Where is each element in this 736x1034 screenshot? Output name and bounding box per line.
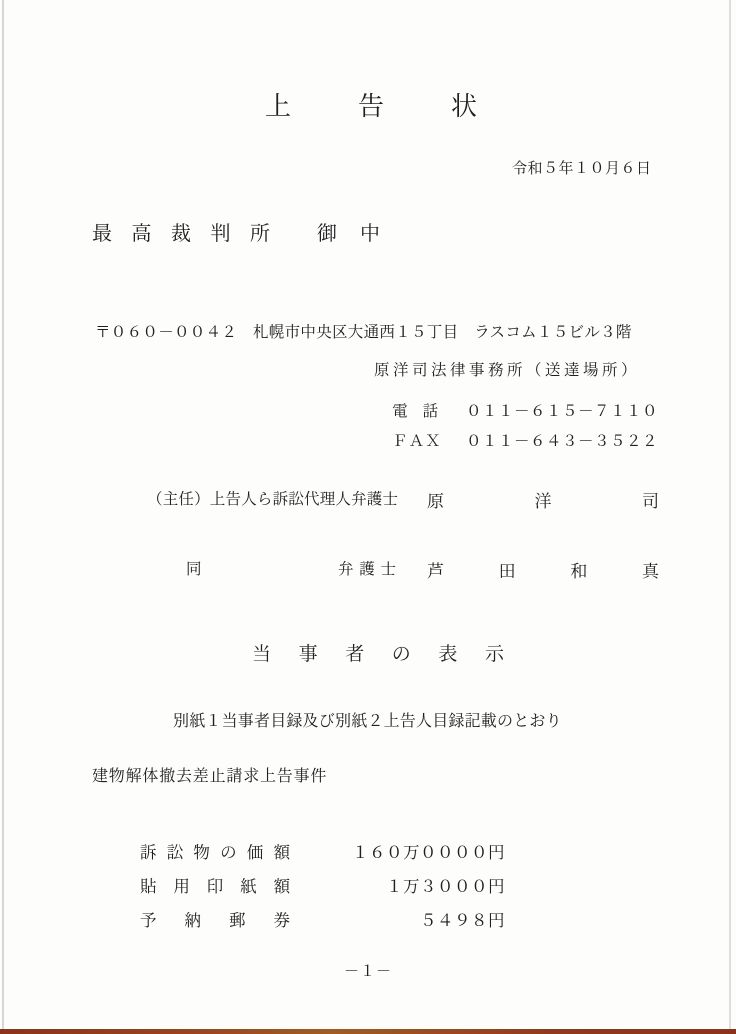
fax-number: ０１１－６４３－３５２２ [466,433,658,450]
sender-office-name: 原洋司法律事務所（送達場所） [374,361,640,380]
page-number: －１－ [0,963,736,982]
document-title: 上告状 [265,91,477,124]
attorney-name: 芦田和真 [427,557,659,582]
attorney-role: （主任）上告人ら訴訟代理人弁護士 [147,487,398,509]
sender-address: 〒０６０－００４２ 札幌市中央区大通西１５丁目 ラスコム１５ビル３階 [95,323,632,342]
recipient-court: 最高裁判所 [92,222,270,247]
fee-value: １万３０００円 [295,873,505,897]
fee-value: １６０万００００円 [295,839,505,863]
telephone-label: 電話 [392,399,438,421]
attorney-name: 原洋司 [427,487,659,512]
ditto-mark: 同 [186,557,202,579]
fax-line: ＦＡＸ ０１１－６４３－３５２２ [392,429,658,451]
scan-edge-right-artifact [729,0,731,1034]
telephone-number: ０１１－６１５－７１１０ [466,403,658,420]
fee-label: 予納郵券 [140,907,290,931]
document-date: 令和５年１０月６日 [512,160,652,179]
fee-label: 訴訟物の価額 [140,839,290,863]
fee-value: ５４９８円 [295,907,505,931]
recipient-honorific: 御中 [317,222,380,247]
fax-label: ＦＡＸ [392,429,444,451]
scan-edge-left-artifact [2,0,4,1034]
party-display-heading: 当事者の表示 [252,643,504,667]
fee-label: 貼用印紙額 [140,873,290,897]
case-name: 建物解体撤去差止請求上告事件 [92,767,327,787]
attorney-title: 弁護士 [338,557,396,579]
scan-bottom-bar-artifact [0,1029,736,1034]
attachment-note: 別紙１当事者目録及び別紙２上告人目録記載のとおり [173,712,562,732]
telephone-line: 電話 ０１１－６１５－７１１０ [392,399,658,421]
scanned-document-page: 上告状 令和５年１０月６日 最高裁判所 御中 〒０６０－００４２ 札幌市中央区大… [0,0,736,1034]
